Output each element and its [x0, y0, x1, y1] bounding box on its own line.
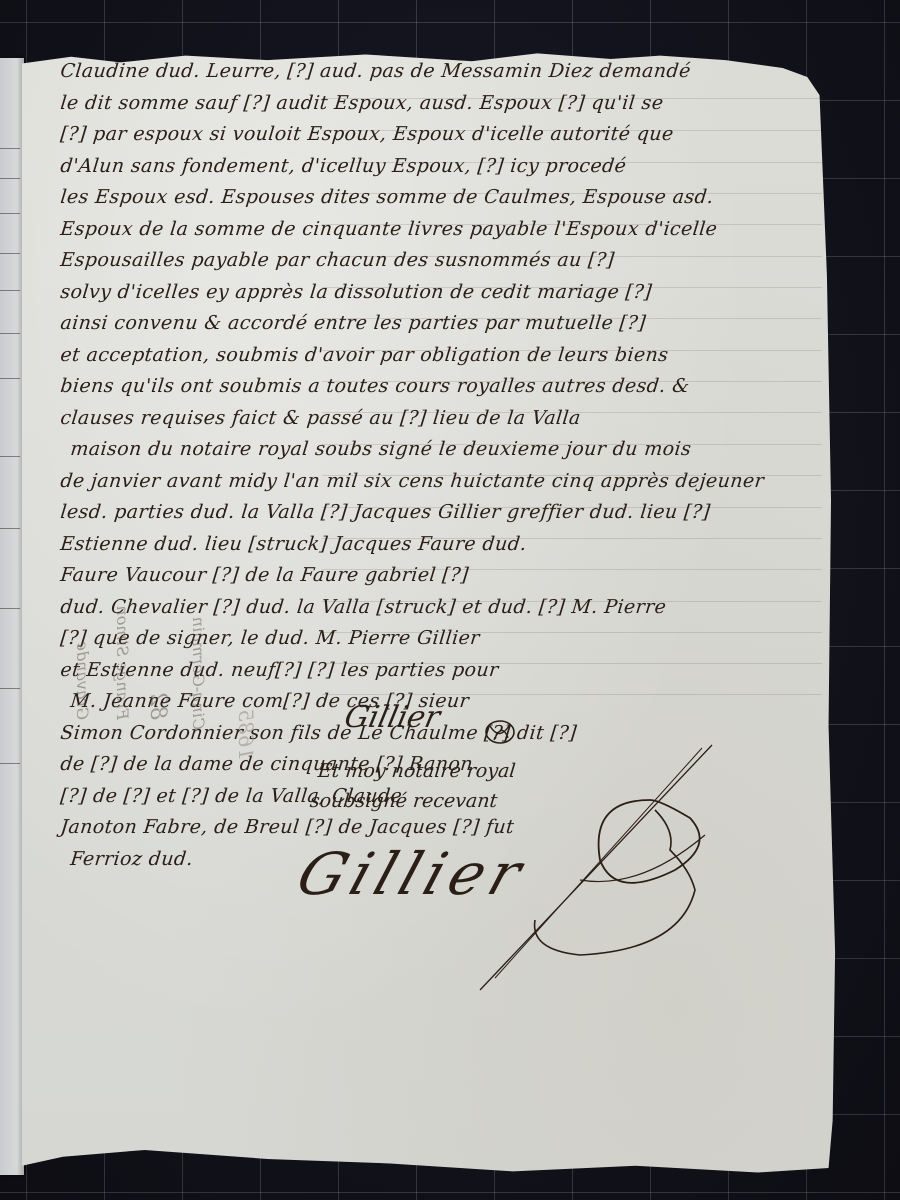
manuscript-line: [?] que de signer, le dud. M. Pierre Gil…: [58, 627, 821, 659]
manuscript-line: Faure Vaucour [?] de la Faure gabriel [?…: [58, 564, 821, 596]
manuscript-line: et acceptation, soubmis d'avoir par obli…: [58, 344, 821, 376]
manuscript-line: clauses requises faict & passé au [?] li…: [58, 407, 821, 439]
manuscript-line: Espoux de la somme de cinquante livres p…: [58, 218, 821, 250]
folded-page-edge: [0, 58, 24, 1175]
manuscript-line: [?] de [?] et [?] de la Valla, Claude: [58, 785, 821, 817]
manuscript-line: Estienne dud. lieu [struck] Jacques Faur…: [58, 533, 821, 565]
manuscript-body: Claudine dud. Leurre, [?] aud. pas de Me…: [60, 60, 820, 879]
manuscript-line: les Espoux esd. Espouses dites somme de …: [58, 186, 821, 218]
manuscript-line: dud. Chevalier [?] dud. la Valla [struck…: [58, 596, 821, 628]
manuscript-line: ainsi convenu & accordé entre les partie…: [58, 312, 821, 344]
manuscript-line: Janoton Fabre, de Breul [?] de Jacques […: [58, 816, 821, 848]
manuscript-line: de [?] de la dame de cinquante [?] Ranon: [58, 753, 821, 785]
manuscript-line: M. Jeanne Faure com[?] de ces [?] sieur: [58, 690, 821, 722]
manuscript-line: de janvier avant midy l'an mil six cens …: [58, 470, 821, 502]
manuscript-line: maison du notaire royal soubs signé le d…: [58, 438, 821, 470]
manuscript-line: Espousailles payable par chacun des susn…: [58, 249, 821, 281]
manuscript-line: Simon Cordonnier son fils de Le Chaulme …: [58, 722, 821, 754]
manuscript-line: et Estienne dud. neuf[?] [?] les parties…: [58, 659, 821, 691]
manuscript-line: lesd. parties dud. la Valla [?] Jacques …: [58, 501, 821, 533]
manuscript-line: Claudine dud. Leurre, [?] aud. pas de Me…: [58, 60, 821, 92]
manuscript-line: le dit somme sauf [?] audit Espoux, ausd…: [58, 92, 821, 124]
manuscript-line: [?] par espoux si vouloit Espoux, Espoux…: [58, 123, 821, 155]
manuscript-line: d'Alun sans fondement, d'icelluy Espoux,…: [58, 155, 821, 187]
manuscript-line: solvy d'icelles ey apprès la dissolution…: [58, 281, 821, 313]
manuscript-line: Ferrioz dud.: [58, 848, 821, 880]
manuscript-line: biens qu'ils ont soubmis a toutes cours …: [58, 375, 821, 407]
